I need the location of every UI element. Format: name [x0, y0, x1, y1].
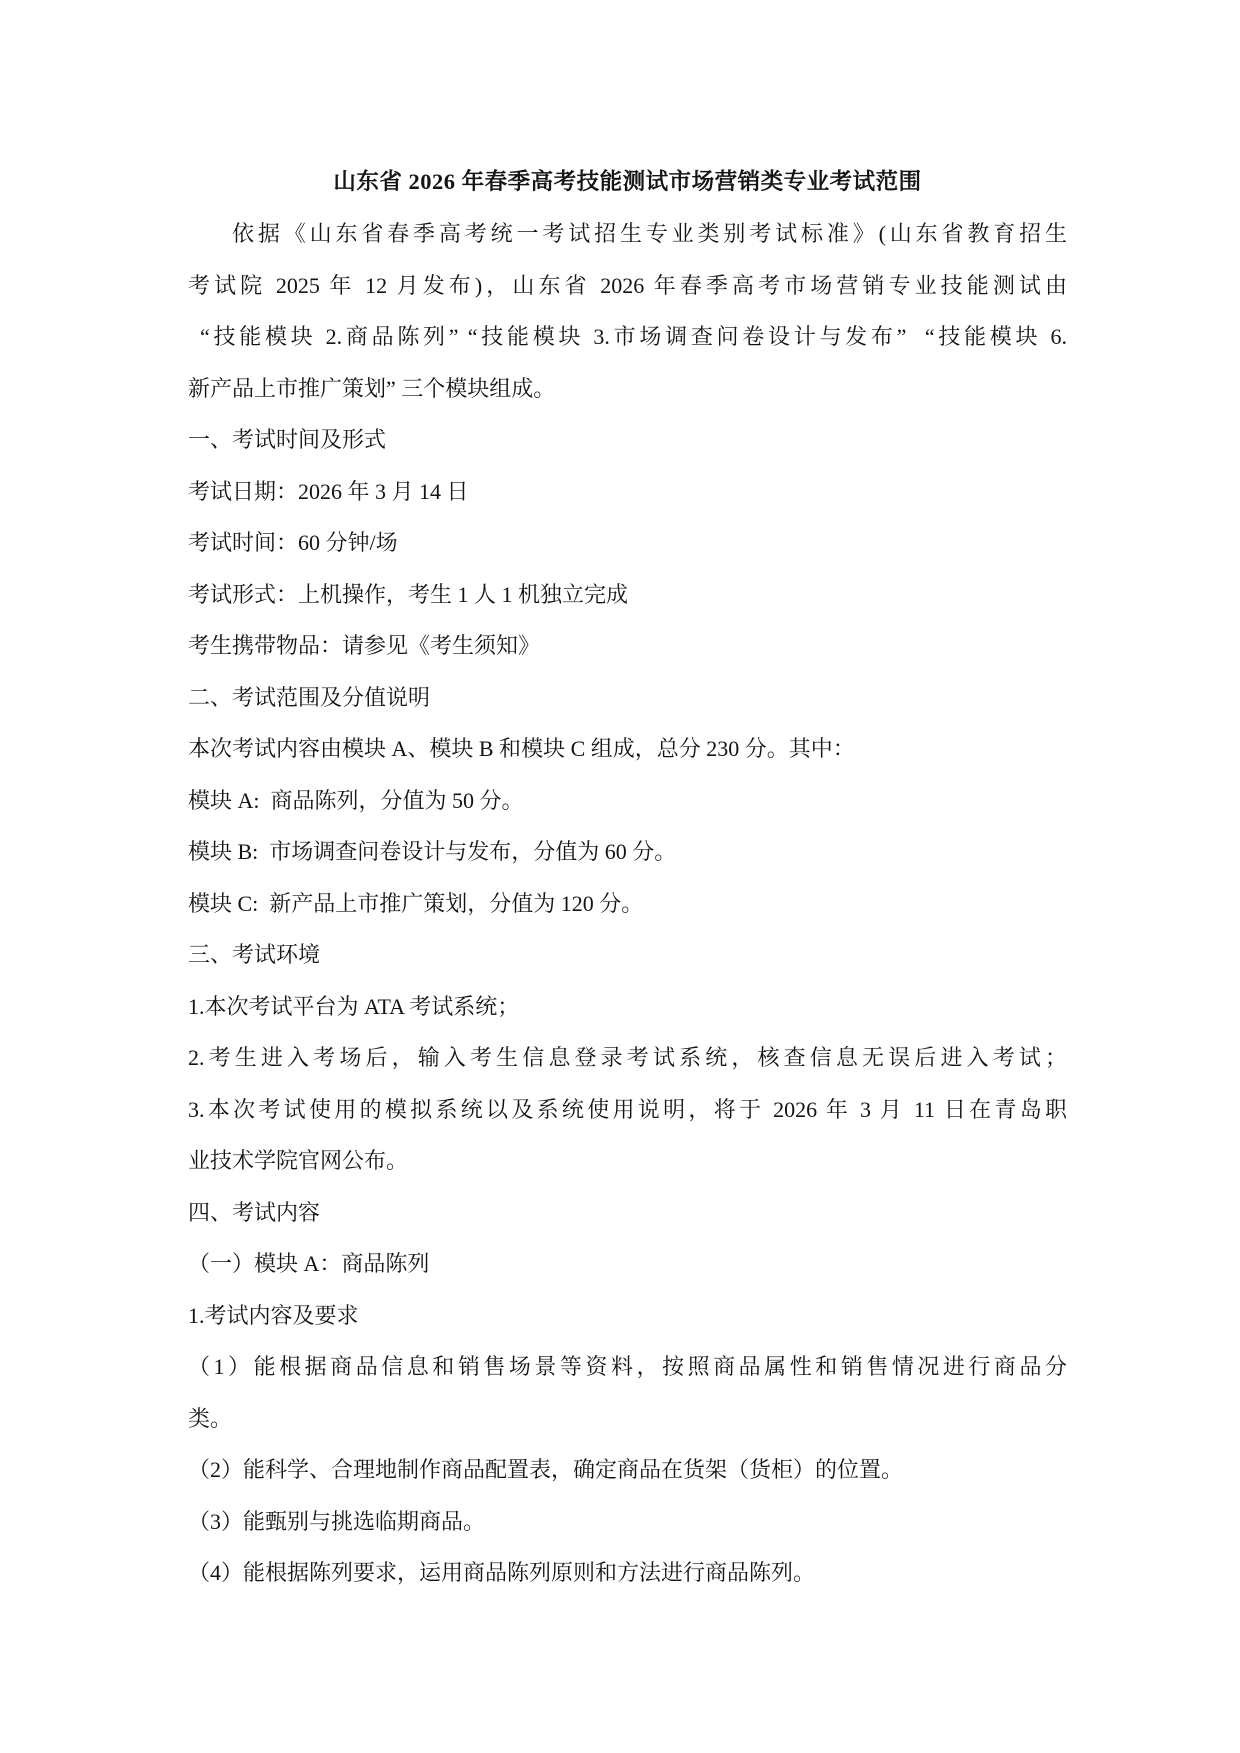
- text-line: 考试院 2025 年 12 月发布)，山东省 2026 年春季高考市场营销专业技…: [188, 260, 1067, 312]
- text-line: （3）能甄别与挑选临期商品。: [188, 1496, 1067, 1548]
- text-line: 四、考试内容: [188, 1187, 1067, 1239]
- text-line: 业技术学院官网公布。: [188, 1135, 1067, 1187]
- text-line: 依据《山东省春季高考统一考试招生专业类别考试标准》(山东省教育招生: [188, 208, 1067, 260]
- text-line: 模块 C: 新产品上市推广策划，分值为 120 分。: [188, 878, 1067, 930]
- text-line: “技能模块 2.商品陈列” “技能模块 3.市场调查问卷设计与发布” “技能模块…: [188, 311, 1067, 363]
- text-line: 一、考试时间及形式: [188, 414, 1067, 466]
- text-line: 本次考试内容由模块 A、模块 B 和模块 C 组成，总分 230 分。其中：: [188, 723, 1067, 775]
- text-line: （2）能科学、合理地制作商品配置表，确定商品在货架（货柜）的位置。: [188, 1444, 1067, 1496]
- text-line: 考试时间：60 分钟/场: [188, 517, 1067, 569]
- text-line: （一）模块 A：商品陈列: [188, 1238, 1067, 1290]
- text-line: 二、考试范围及分值说明: [188, 672, 1067, 724]
- text-line: 考试形式：上机操作，考生 1 人 1 机独立完成: [188, 569, 1067, 621]
- text-line: 三、考试环境: [188, 929, 1067, 981]
- text-line: 模块 A: 商品陈列，分值为 50 分。: [188, 775, 1067, 827]
- text-line: 2.考生进入考场后，输入考生信息登录考试系统，核查信息无误后进入考试；: [188, 1032, 1067, 1084]
- text-line: 1.本次考试平台为 ATA 考试系统；: [188, 981, 1067, 1033]
- text-line: （1）能根据商品信息和销售场景等资料，按照商品属性和销售情况进行商品分: [188, 1341, 1067, 1393]
- document-body: 依据《山东省春季高考统一考试招生专业类别考试标准》(山东省教育招生考试院 202…: [188, 208, 1067, 1599]
- text-line: 考试日期：2026 年 3 月 14 日: [188, 466, 1067, 518]
- document-page: 山东省 2026 年春季高考技能测试市场营销类专业考试范围 依据《山东省春季高考…: [0, 0, 1240, 1753]
- text-line: 模块 B: 市场调查问卷设计与发布，分值为 60 分。: [188, 826, 1067, 878]
- text-line: 考生携带物品：请参见《考生须知》: [188, 620, 1067, 672]
- text-line: 类。: [188, 1393, 1067, 1445]
- document-title: 山东省 2026 年春季高考技能测试市场营销类专业考试范围: [188, 160, 1067, 204]
- text-line: 3.本次考试使用的模拟系统以及系统使用说明，将于 2026 年 3 月 11 日…: [188, 1084, 1067, 1136]
- text-line: 1.考试内容及要求: [188, 1290, 1067, 1342]
- text-line: 新产品上市推广策划” 三个模块组成。: [188, 363, 1067, 415]
- text-line: （4）能根据陈列要求，运用商品陈列原则和方法进行商品陈列。: [188, 1547, 1067, 1599]
